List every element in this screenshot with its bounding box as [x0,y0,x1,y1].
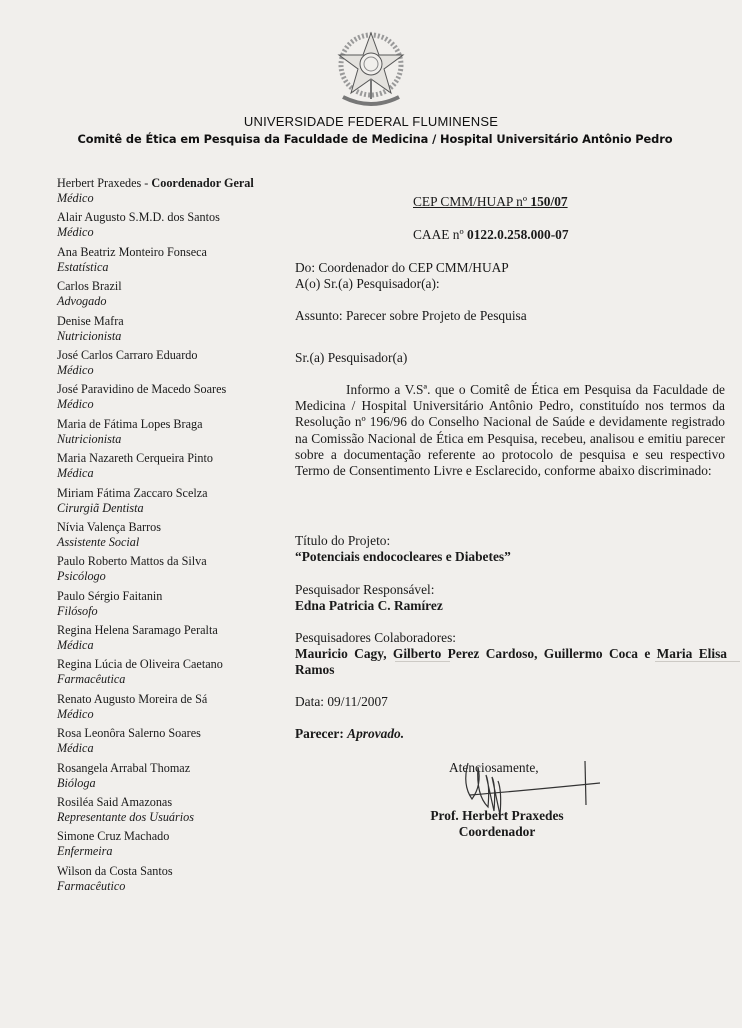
university-name: UNIVERSIDADE FEDERAL FLUMINENSE [0,114,742,129]
member-role: Médica [57,741,287,755]
member-entry: Renato Augusto Moreira de SáMédico [57,692,287,726]
letter-subject: Assunto: Parecer sobre Projeto de Pesqui… [295,308,527,324]
member-entry: Carlos BrazilAdvogado [57,279,287,313]
member-name-text: Rosangela Arrabal Thomaz [57,761,190,775]
member-name: Rosiléa Said Amazonas [57,795,287,810]
member-entry: Rosa Leonôra Salerno SoaresMédica [57,726,287,760]
letter-to: A(o) Sr.(a) Pesquisador(a): [295,276,440,292]
cep-reference: CEP CMM/HUAP nº 150/07 [413,194,568,210]
member-name-text: Herbert Praxedes - [57,176,151,190]
member-role: Farmacêutico [57,879,287,893]
member-entry: Regina Lúcia de Oliveira CaetanoFarmacêu… [57,657,287,691]
committee-name: Comitê de Ética em Pesquisa da Faculdade… [0,132,742,146]
member-entry: Rosangela Arrabal ThomazBióloga [57,761,287,795]
member-role: Assistente Social [57,535,287,549]
opinion: Parecer: Aprovado. [295,726,404,742]
member-entry: Alair Augusto S.M.D. dos SantosMédico [57,210,287,244]
member-role: Nutricionista [57,432,287,446]
member-name: Ana Beatriz Monteiro Fonseca [57,245,287,260]
member-name-text: Rosa Leonôra Salerno Soares [57,726,201,740]
member-name-text: Regina Helena Saramago Peralta [57,623,218,637]
member-entry: Wilson da Costa SantosFarmacêutico [57,864,287,898]
committee-members-list: Herbert Praxedes - Coordenador GeralMédi… [57,176,287,898]
member-name: Simone Cruz Machado [57,829,287,844]
member-name: Regina Helena Saramago Peralta [57,623,287,638]
collaborators-label: Pesquisadores Colaboradores: [295,630,727,646]
member-role: Médico [57,707,287,721]
member-name: Miriam Fátima Zaccaro Scelza [57,486,287,501]
member-role: Médica [57,638,287,652]
cep-reference-number: 150/07 [530,194,567,209]
member-name-text: Rosiléa Said Amazonas [57,795,172,809]
scan-artifact [655,661,740,662]
member-role: Nutricionista [57,329,287,343]
member-entry: Maria Nazareth Cerqueira PintoMédica [57,451,287,485]
member-entry: Miriam Fátima Zaccaro ScelzaCirurgiã Den… [57,486,287,520]
member-name-text: Wilson da Costa Santos [57,864,173,878]
member-entry: Regina Helena Saramago PeraltaMédica [57,623,287,657]
member-role: Cirurgiã Dentista [57,501,287,515]
responsible-researcher: Edna Patricia C. Ramírez [295,598,443,614]
member-entry: Herbert Praxedes - Coordenador GeralMédi… [57,176,287,210]
member-name-text: Renato Augusto Moreira de Sá [57,692,207,706]
collaborators-section: Pesquisadores Colaboradores: Mauricio Ca… [295,630,727,678]
member-role: Farmacêutica [57,672,287,686]
member-role: Médico [57,225,287,239]
responsible-label: Pesquisador Responsável: [295,582,434,598]
opinion-label: Parecer: [295,726,347,741]
member-entry: Paulo Roberto Mattos da SilvaPsicólogo [57,554,287,588]
member-entry: Denise MafraNutricionista [57,314,287,348]
member-name: Rosangela Arrabal Thomaz [57,761,287,776]
member-name: Herbert Praxedes - Coordenador Geral [57,176,287,191]
member-role: Filósofo [57,604,287,618]
member-entry: Maria de Fátima Lopes BragaNutricionista [57,417,287,451]
member-role: Representante dos Usuários [57,810,287,824]
member-name-text: José Paravidino de Macedo Soares [57,382,226,396]
caae-prefix: CAAE nº [413,227,467,242]
member-name: Nívia Valença Barros [57,520,287,535]
member-role: Estatística [57,260,287,274]
letter-date: Data: 09/11/2007 [295,694,388,710]
member-name-text: Ana Beatriz Monteiro Fonseca [57,245,207,259]
member-role: Médico [57,363,287,377]
member-name: Carlos Brazil [57,279,287,294]
signer-name: Prof. Herbert Praxedes [427,808,567,824]
letter-from: Do: Coordenador do CEP CMM/HUAP [295,260,509,276]
member-name-text: Denise Mafra [57,314,124,328]
member-role: Advogado [57,294,287,308]
brazil-coat-of-arms-icon [333,27,409,111]
member-name: Maria de Fátima Lopes Braga [57,417,287,432]
member-name-text: Miriam Fátima Zaccaro Scelza [57,486,208,500]
project-title: “Potenciais endococleares e Diabetes” [295,549,511,565]
member-name: Rosa Leonôra Salerno Soares [57,726,287,741]
member-name: Denise Mafra [57,314,287,329]
caae-number: 0122.0.258.000-07 [467,227,569,242]
member-name-text: Simone Cruz Machado [57,829,169,843]
member-name-text: Maria Nazareth Cerqueira Pinto [57,451,213,465]
member-name-text: Maria de Fátima Lopes Braga [57,417,203,431]
member-name-text: Carlos Brazil [57,279,122,293]
scan-artifact [395,661,450,662]
member-entry: Rosiléa Said AmazonasRepresentante dos U… [57,795,287,829]
member-name-text: Paulo Sérgio Faitanin [57,589,162,603]
member-name-text: José Carlos Carraro Eduardo [57,348,197,362]
cep-reference-prefix: CEP CMM/HUAP nº [413,194,530,209]
member-name-text: Regina Lúcia de Oliveira Caetano [57,657,223,671]
member-name: Alair Augusto S.M.D. dos Santos [57,210,287,225]
member-name: Wilson da Costa Santos [57,864,287,879]
member-name: Renato Augusto Moreira de Sá [57,692,287,707]
document-page: UNIVERSIDADE FEDERAL FLUMINENSE Comitê d… [0,0,742,1028]
member-name: Maria Nazareth Cerqueira Pinto [57,451,287,466]
member-name: Paulo Sérgio Faitanin [57,589,287,604]
signer-title: Coordenador [427,824,567,840]
member-entry: Simone Cruz MachadoEnfermeira [57,829,287,863]
member-name-text: Nívia Valença Barros [57,520,161,534]
letter-body: Informo a V.Sª. que o Comitê de Ética em… [295,382,725,479]
member-entry: Nívia Valença BarrosAssistente Social [57,520,287,554]
member-role: Médico [57,397,287,411]
member-role: Bióloga [57,776,287,790]
member-entry: José Paravidino de Macedo SoaresMédico [57,382,287,416]
member-role: Psicólogo [57,569,287,583]
member-entry: Paulo Sérgio FaitaninFilósofo [57,589,287,623]
member-name: José Carlos Carraro Eduardo [57,348,287,363]
signer-block: Prof. Herbert Praxedes Coordenador [427,808,567,840]
member-name-text: Paulo Roberto Mattos da Silva [57,554,207,568]
member-name: José Paravidino de Macedo Soares [57,382,287,397]
caae-reference: CAAE nº 0122.0.258.000-07 [413,227,569,243]
collaborators-names: Mauricio Cagy, Gilberto Perez Cardoso, G… [295,646,727,678]
member-name: Regina Lúcia de Oliveira Caetano [57,657,287,672]
member-title: Coordenador Geral [151,176,253,190]
member-name: Paulo Roberto Mattos da Silva [57,554,287,569]
member-entry: Ana Beatriz Monteiro FonsecaEstatística [57,245,287,279]
member-role: Enfermeira [57,844,287,858]
member-role: Médica [57,466,287,480]
member-role: Médico [57,191,287,205]
opinion-value: Aprovado. [347,726,404,741]
member-name-text: Alair Augusto S.M.D. dos Santos [57,210,220,224]
project-title-label: Título do Projeto: [295,533,390,549]
member-entry: José Carlos Carraro EduardoMédico [57,348,287,382]
letter-salutation: Sr.(a) Pesquisador(a) [295,350,407,366]
